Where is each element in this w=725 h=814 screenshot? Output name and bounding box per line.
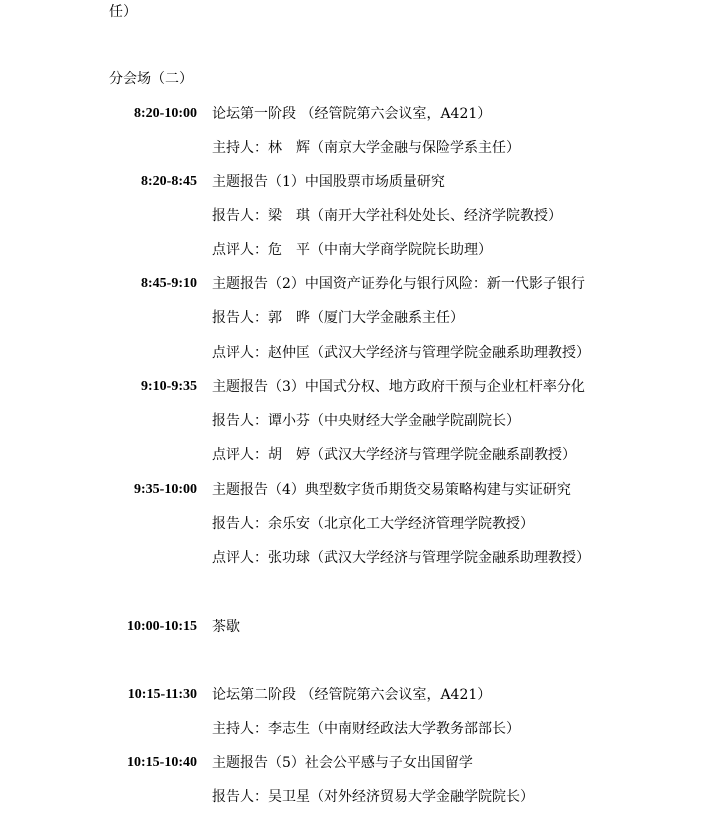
schedule-item-text: 主题报告（2）中国资产证券化与银行风险：新一代影子银行 (212, 274, 585, 294)
schedule-item-text: 主题报告（4）典型数字货币期货交易策略构建与实证研究 (212, 480, 571, 500)
schedule-time (87, 411, 197, 431)
schedule-time (87, 343, 197, 363)
schedule-time: 10:15-10:40 (87, 753, 197, 773)
schedule-item-text: 主题报告（1）中国股票市场质量研究 (212, 172, 445, 192)
continued-text-fragment: 任） (109, 2, 137, 22)
schedule-item-text: 点评人：张功球（武汉大学经济与管理学院金融系助理教授） (212, 548, 590, 568)
schedule-time: 10:15-11:30 (87, 685, 197, 705)
schedule-item-text: 报告人：郭 晔（厦门大学金融系主任） (212, 308, 464, 328)
schedule-time: 8:20-8:45 (87, 172, 197, 192)
schedule-item-text: 报告人：余乐安（北京化工大学经济管理学院教授） (212, 514, 534, 534)
schedule-time (87, 206, 197, 226)
schedule-item-text: 主持人：林 辉（南京大学金融与保险学系主任） (212, 138, 520, 158)
schedule-item-text: 论坛第二阶段 （经管院第六会议室，A421） (212, 685, 491, 705)
schedule-item-text: 报告人：吴卫星（对外经济贸易大学金融学院院长） (212, 787, 534, 807)
schedule-time (87, 514, 197, 534)
section-title: 分会场（二） (109, 69, 193, 89)
schedule-time: 9:10-9:35 (87, 377, 197, 397)
schedule-item-text: 主题报告（3）中国式分权、地方政府干预与企业杠杆率分化 (212, 377, 585, 397)
schedule-time: 9:35-10:00 (87, 480, 197, 500)
schedule-time (87, 138, 197, 158)
schedule-time (87, 445, 197, 465)
schedule-time: 10:00-10:15 (87, 617, 197, 637)
schedule-item-text: 报告人：梁 琪（南开大学社科处处长、经济学院教授） (212, 206, 562, 226)
schedule-time (87, 308, 197, 328)
schedule-time: 8:20-10:00 (87, 104, 197, 124)
schedule-time (87, 787, 197, 807)
schedule-item-text: 茶歇 (212, 617, 240, 637)
schedule-time (87, 719, 197, 739)
schedule-item-text: 报告人：谭小芬（中央财经大学金融学院副院长） (212, 411, 520, 431)
schedule-item-text: 主题报告（5）社会公平感与子女出国留学 (212, 753, 473, 773)
schedule-item-text: 点评人：危 平（中南大学商学院院长助理） (212, 240, 492, 260)
schedule-time (87, 240, 197, 260)
schedule-item-text: 主持人：李志生（中南财经政法大学教务部部长） (212, 719, 520, 739)
schedule-time: 8:45-9:10 (87, 274, 197, 294)
schedule-item-text: 点评人：赵仲匡（武汉大学经济与管理学院金融系助理教授） (212, 343, 590, 363)
schedule-time (87, 548, 197, 568)
schedule-item-text: 论坛第一阶段 （经管院第六会议室，A421） (212, 104, 491, 124)
schedule-item-text: 点评人：胡 婷（武汉大学经济与管理学院金融系副教授） (212, 445, 576, 465)
